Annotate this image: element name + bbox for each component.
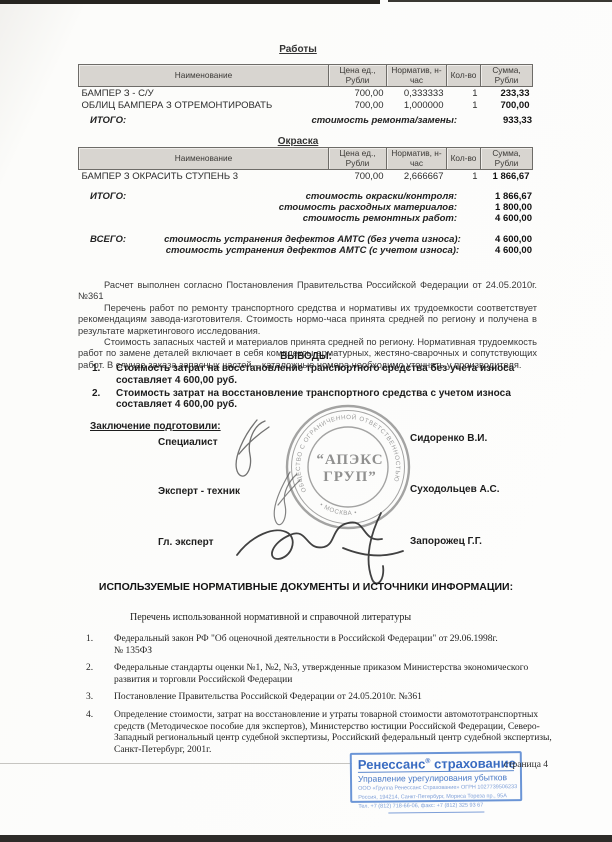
total-value: 4 600,00 (457, 213, 532, 224)
paint-total-line: стоимость расходных материалов: 1 800,00 (78, 202, 532, 213)
works-table: Наименование Цена ед., Рубли Норматив, н… (78, 64, 533, 111)
cell-sum: 233,33 (481, 87, 533, 100)
handwritten-signatures (195, 412, 445, 587)
scan-artifact-bottom (0, 835, 612, 842)
column-header-qty: Кол-во (447, 65, 481, 87)
table-row: БАМПЕР З - С/У 700,00 0,333333 1 233,33 (79, 87, 533, 100)
source-item: 4. Определение стоимости, затрат на восс… (86, 710, 558, 756)
works-section-title: Работы (0, 44, 596, 55)
total-value: 933,33 (457, 115, 532, 126)
conclusion-item: 1. Стоимость затрат на восстановление тр… (92, 363, 532, 387)
table-row: БАМПЕР З ОКРАСИТЬ СТУПЕНЬ 3 700,00 2,666… (79, 170, 533, 183)
scanned-document-page: Работы Наименование Цена ед., Рубли Норм… (0, 0, 612, 842)
total-label: стоимость устранения дефектов АМТС (без … (164, 234, 461, 245)
cell-norm: 1,000000 (387, 99, 447, 111)
cell-qty: 1 (447, 170, 481, 183)
insurer-address-line: Россия, 194214, Санкт-Петербург, Мориса … (358, 793, 514, 801)
cell-name: ОБЛИЦ БАМПЕРА З ОТРЕМОНТИРОВАТЬ (79, 99, 329, 111)
total-label: стоимость ремонтных работ: (168, 213, 457, 224)
insurer-brand: Ренессанс® страхование (358, 754, 514, 773)
works-table-header-row: Наименование Цена ед., Рубли Норматив, н… (79, 65, 533, 87)
insurer-legal-line: ООО «Группа Ренессанс Страхование» ОГРН … (358, 785, 514, 793)
total-key: ИТОГО: (78, 191, 168, 202)
scan-artifact-line (0, 763, 352, 764)
note-paragraph: Перечень работ по ремонту транспортного … (78, 303, 537, 337)
signature-specialist-ink (236, 420, 269, 476)
cell-name: БАМПЕР З - С/У (79, 87, 329, 100)
column-header-norm: Норматив, н-час (387, 148, 447, 170)
cell-name: БАМПЕР З ОКРАСИТЬ СТУПЕНЬ 3 (79, 170, 329, 183)
page-number: страница 4 (504, 760, 548, 770)
cell-sum: 1 866,67 (481, 170, 533, 183)
insurer-stamp-renaissance: Ренессанс® страхование Управление урегул… (350, 751, 523, 803)
scan-artifact-top-left (0, 0, 380, 4)
total-label: стоимость окраски/контроля: (168, 191, 457, 202)
column-header-sum: Сумма, Рубли (481, 65, 533, 87)
signature-expert-ink (274, 472, 300, 525)
paint-table: Наименование Цена ед., Рубли Норматив, н… (78, 147, 533, 182)
column-header-sum: Сумма, Рубли (481, 148, 533, 170)
paint-total-line: ИТОГО: стоимость окраски/контроля: 1 866… (78, 191, 532, 202)
total-key: ВСЕГО: (78, 234, 164, 245)
total-value: 4 600,00 (461, 234, 532, 245)
cell-norm: 0,333333 (387, 87, 447, 100)
source-item: 3. Постановление Правительства Российско… (86, 692, 558, 704)
scan-artifact-top-right (388, 0, 612, 2)
signature-chief-expert-ink (237, 513, 403, 583)
cell-sum: 700,00 (481, 99, 533, 111)
column-header-price: Цена ед., Рубли (329, 65, 387, 87)
note-paragraph: Расчет выполнен согласно Постановления П… (78, 280, 537, 303)
paint-table-header-row: Наименование Цена ед., Рубли Норматив, н… (79, 148, 533, 170)
total-value: 1 800,00 (457, 202, 532, 213)
grand-total-line: ВСЕГО: стоимость устранения дефектов АМТ… (78, 234, 532, 245)
cell-price: 700,00 (329, 99, 387, 111)
column-header-price: Цена ед., Рубли (329, 148, 387, 170)
conclusions-title: ВЫВОДЫ: (0, 351, 612, 362)
column-header-qty: Кол-во (447, 148, 481, 170)
works-total-line: ИТОГО: стоимость ремонта/замены: 933,33 (78, 115, 532, 126)
insurer-phone-line: Тел. +7 (812) 718-66-06, факс: +7 (812) … (358, 802, 514, 810)
insurer-department: Управление урегулирования убытков (358, 773, 514, 785)
cell-qty: 1 (447, 87, 481, 100)
paint-total-line: стоимость ремонтных работ: 4 600,00 (78, 213, 532, 224)
cell-norm: 2,666667 (387, 170, 447, 183)
total-label: стоимость ремонта/замены: (168, 115, 457, 126)
sources-subtitle: Перечень использованной нормативной и сп… (130, 612, 411, 623)
total-value: 4 600,00 (459, 245, 532, 256)
column-header-name: Наименование (79, 148, 329, 170)
total-label: стоимость расходных материалов: (168, 202, 457, 213)
source-item: 1. Федеральный закон РФ "Об оценочной де… (86, 634, 558, 657)
sources-title: ИСПОЛЬЗУЕМЫЕ НОРМАТИВНЫЕ ДОКУМЕНТЫ И ИСТ… (0, 581, 612, 593)
column-header-name: Наименование (79, 65, 329, 87)
total-key: ИТОГО: (78, 115, 168, 126)
paint-section-title: Окраска (0, 136, 596, 147)
sources-list: 1. Федеральный закон РФ "Об оценочной де… (86, 634, 558, 762)
cell-qty: 1 (447, 99, 481, 111)
cell-price: 700,00 (329, 170, 387, 183)
table-row: ОБЛИЦ БАМПЕРА З ОТРЕМОНТИРОВАТЬ 700,00 1… (79, 99, 533, 111)
source-item: 2. Федеральные стандарты оценки №1, №2, … (86, 663, 558, 686)
grand-total-line: стоимость устранения дефектов АМТС (с уч… (78, 245, 532, 256)
stamp-underline (388, 811, 485, 813)
total-label: стоимость устранения дефектов АМТС (с уч… (166, 245, 459, 256)
cell-price: 700,00 (329, 87, 387, 100)
total-value: 1 866,67 (457, 191, 532, 202)
column-header-norm: Норматив, н-час (387, 65, 447, 87)
